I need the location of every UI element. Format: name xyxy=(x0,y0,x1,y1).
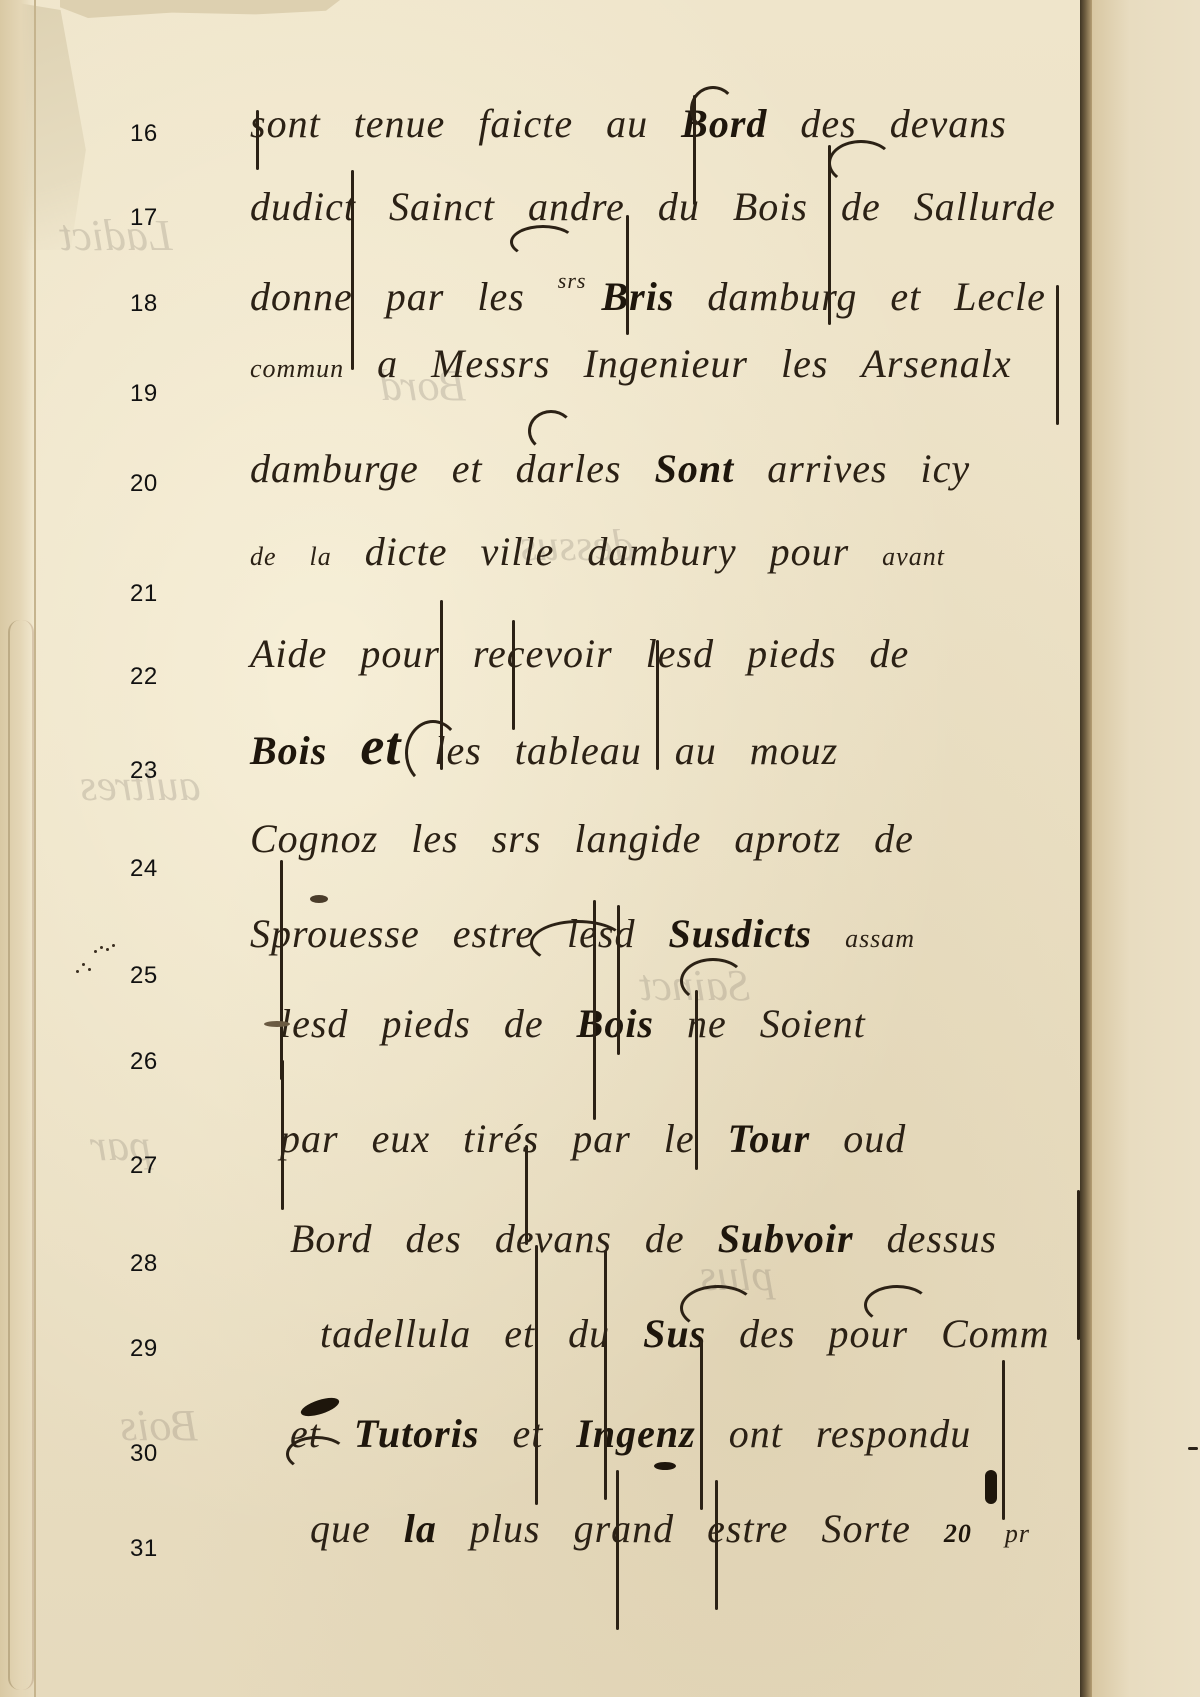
word: les xyxy=(411,815,458,862)
word: des xyxy=(800,100,856,147)
word: icy xyxy=(921,445,971,492)
word: lesd xyxy=(280,1000,348,1047)
word: oud xyxy=(843,1115,906,1162)
facing-page xyxy=(1092,0,1200,1697)
word: et xyxy=(512,1410,543,1457)
word: de xyxy=(841,183,881,230)
word: Sallurde xyxy=(914,183,1056,230)
ink-speckle xyxy=(100,946,103,949)
word: Susdicts xyxy=(668,910,812,957)
word: la xyxy=(310,542,332,572)
word: Ingenieur xyxy=(583,340,748,387)
word: au xyxy=(675,727,717,774)
word: langide xyxy=(574,815,701,862)
pen-stroke-descender xyxy=(656,640,659,770)
word: respondu xyxy=(816,1410,971,1457)
word: Aide xyxy=(250,630,327,677)
word: assam xyxy=(845,924,915,954)
manuscript-line-21: de la dicte ville dambury pour avant xyxy=(250,528,1080,588)
word: ont xyxy=(729,1410,783,1457)
word: Bord xyxy=(290,1215,373,1262)
pen-stroke-descender xyxy=(281,1060,284,1210)
word: damburg xyxy=(707,273,857,320)
pen-loop-flourish xyxy=(828,140,894,186)
pen-stroke-descender xyxy=(626,215,629,335)
pen-stroke-descender xyxy=(1056,285,1059,425)
word: Messrs xyxy=(431,340,550,387)
manuscript-line-22: Aide pour recevoir lesd pieds de xyxy=(250,630,1080,690)
word: Lecle xyxy=(954,273,1046,320)
word: tenue xyxy=(354,100,446,147)
word: Subvoir xyxy=(718,1215,854,1262)
pen-loop-flourish xyxy=(690,86,736,132)
manuscript-line-18: donne par les srs Bris damburg et Lecle xyxy=(250,268,1080,328)
word: Tour xyxy=(728,1115,811,1162)
ink-speckle xyxy=(88,968,91,971)
line-number: 18 xyxy=(130,290,190,318)
word: au xyxy=(606,100,648,147)
manuscript-line-19: commun a Messrs Ingenieur les Arsenalx xyxy=(250,340,1080,400)
manuscript-line-25: Sprouesse estre lesd Susdicts assam xyxy=(250,910,1080,970)
line-number: 16 xyxy=(130,120,190,148)
manuscript-line-29: tadellula et du Sus des pour Comm xyxy=(250,1310,1080,1370)
line-number: 29 xyxy=(130,1335,190,1363)
word: de xyxy=(645,1215,685,1262)
ink-speckle xyxy=(112,944,115,947)
word: pour xyxy=(360,630,440,677)
word: par xyxy=(280,1115,339,1162)
line-number: 27 xyxy=(130,1152,190,1180)
ink-blot xyxy=(985,1470,997,1504)
word: Bois xyxy=(250,727,327,774)
pen-loop-flourish xyxy=(680,1285,756,1331)
line-number: 19 xyxy=(130,380,190,408)
line-number: 23 xyxy=(130,757,190,785)
line-number: 20 xyxy=(130,470,190,498)
pen-stroke-descender xyxy=(280,860,283,1080)
word: sont xyxy=(250,100,321,147)
pen-stroke-descender xyxy=(535,1245,538,1505)
pen-stroke-descender xyxy=(695,990,698,1170)
word: Bris xyxy=(601,273,674,320)
word: pour xyxy=(770,528,850,575)
word: de xyxy=(250,542,277,572)
word: de xyxy=(874,815,914,862)
word: commun xyxy=(250,354,344,384)
ink-smudge xyxy=(310,895,328,903)
pen-stroke-descender xyxy=(512,620,515,730)
word: le xyxy=(664,1115,695,1162)
word: Bois xyxy=(577,1000,654,1047)
binding-gutter xyxy=(1080,0,1092,1697)
word: les xyxy=(477,273,524,320)
word: grand xyxy=(574,1505,675,1552)
word: plus xyxy=(470,1505,541,1552)
ink-speckle xyxy=(94,950,97,953)
manuscript-line-26: lesd pieds de Bois ne Soient xyxy=(250,1000,1080,1060)
word: arrives xyxy=(767,445,887,492)
word: 20 xyxy=(944,1519,972,1549)
word: dicte xyxy=(365,528,448,575)
word: dambury xyxy=(587,528,736,575)
word: et xyxy=(890,273,921,320)
word: aprotz xyxy=(734,815,841,862)
stray-dash-mark xyxy=(1188,1447,1198,1450)
word: Soient xyxy=(760,1000,866,1047)
word: de xyxy=(504,1000,544,1047)
line-number: 21 xyxy=(130,580,190,608)
word: par xyxy=(572,1115,631,1162)
pen-stroke-descender xyxy=(1002,1360,1005,1520)
word: pieds xyxy=(381,1000,470,1047)
pen-stroke-descender xyxy=(604,1250,607,1500)
word: ne xyxy=(687,1000,727,1047)
word: damburge xyxy=(250,445,419,492)
pen-stroke-descender xyxy=(715,1480,718,1610)
manuscript-line-27: par eux tirés par le Tour oud xyxy=(250,1115,1080,1175)
pen-loop-flourish xyxy=(680,958,746,1004)
manuscript-line-31: que la plus grand estre Sorte 20 pr xyxy=(250,1505,1080,1565)
word: darles xyxy=(516,445,622,492)
ink-speckle xyxy=(82,963,85,966)
ink-speckle xyxy=(106,948,109,951)
pen-stroke-descender xyxy=(616,1470,619,1630)
word: et xyxy=(360,715,401,777)
manuscript-line-24: Cognoz les srs langide aprotz de xyxy=(250,815,1080,875)
ink-smudge xyxy=(264,1021,290,1027)
word: de xyxy=(870,630,910,677)
word: pr xyxy=(1005,1519,1030,1549)
manuscript-line-28: Bord des devans de Subvoir dessus xyxy=(250,1215,1080,1275)
worn-left-edge xyxy=(0,0,36,1697)
edge-tear xyxy=(8,620,34,1690)
ink-blot xyxy=(654,1462,676,1470)
word: Ingenz xyxy=(576,1410,695,1457)
word: eux xyxy=(372,1115,431,1162)
pen-stroke-descender xyxy=(351,170,354,370)
pen-stroke-descender xyxy=(617,905,620,1055)
word: avant xyxy=(882,542,945,572)
word: des xyxy=(406,1215,462,1262)
word: a xyxy=(377,340,398,387)
word: Arsenalx xyxy=(861,340,1011,387)
word: devans xyxy=(890,100,1007,147)
pen-loop-flourish xyxy=(405,720,461,786)
word: Tutoris xyxy=(354,1410,480,1457)
pen-stroke-descender xyxy=(700,1340,703,1510)
word: Comm xyxy=(941,1310,1049,1357)
manuscript-line-17: dudict Sainct andre du Bois de Sallurde xyxy=(250,183,1080,243)
ink-speckle xyxy=(76,970,79,973)
manuscript-line-23: Bois et les tableau au mouz xyxy=(250,715,1080,775)
pen-loop-flourish xyxy=(864,1285,930,1325)
pen-loop-flourish xyxy=(286,1436,347,1472)
word: par xyxy=(386,273,445,320)
line-number: 26 xyxy=(130,1048,190,1076)
word: recevoir xyxy=(473,630,613,677)
pen-stroke-descender xyxy=(525,1145,528,1245)
pen-loop-flourish xyxy=(510,225,576,259)
pen-loop-flourish xyxy=(528,410,574,452)
manuscript-line-16: sont tenue faicte au Bord des devans xyxy=(250,100,1080,160)
line-number: 25 xyxy=(130,962,190,990)
manuscript-line-20: damburge et darles Sont arrives icy xyxy=(250,445,1080,505)
pen-stroke-descender xyxy=(256,110,259,170)
word: et xyxy=(452,445,483,492)
word: faicte xyxy=(478,100,573,147)
word: ville xyxy=(481,528,555,575)
word: estre xyxy=(453,910,534,957)
line-number: 31 xyxy=(130,1535,190,1563)
line-number: 24 xyxy=(130,855,190,883)
manuscript-line-30: et Tutoris et Ingenz ont respondu xyxy=(250,1410,1080,1470)
pen-loop-flourish xyxy=(530,920,626,966)
pen-stroke-descender xyxy=(1077,1190,1080,1340)
word: Sorte xyxy=(821,1505,910,1552)
line-number: 17 xyxy=(130,204,190,232)
word: Sainct xyxy=(389,183,495,230)
word: dessus xyxy=(887,1215,997,1262)
word: Sont xyxy=(655,445,735,492)
line-number: 28 xyxy=(130,1250,190,1278)
word: Cognoz xyxy=(250,815,378,862)
word: tableau xyxy=(515,727,642,774)
word: la xyxy=(404,1505,437,1552)
word: pieds xyxy=(747,630,836,677)
word: mouz xyxy=(750,727,838,774)
word: dudict xyxy=(250,183,356,230)
word: andre xyxy=(528,183,625,230)
word: Sprouesse xyxy=(250,910,420,957)
word: Bois xyxy=(733,183,808,230)
word: et xyxy=(504,1310,535,1357)
line-number: 22 xyxy=(130,663,190,691)
word: srs xyxy=(558,268,587,294)
word: que xyxy=(310,1505,371,1552)
word: devans xyxy=(495,1215,612,1262)
word: donne xyxy=(250,273,353,320)
line-number: 30 xyxy=(130,1440,190,1468)
word: estre xyxy=(707,1505,788,1552)
word: tadellula xyxy=(320,1310,471,1357)
word: srs xyxy=(492,815,542,862)
word: les xyxy=(781,340,828,387)
